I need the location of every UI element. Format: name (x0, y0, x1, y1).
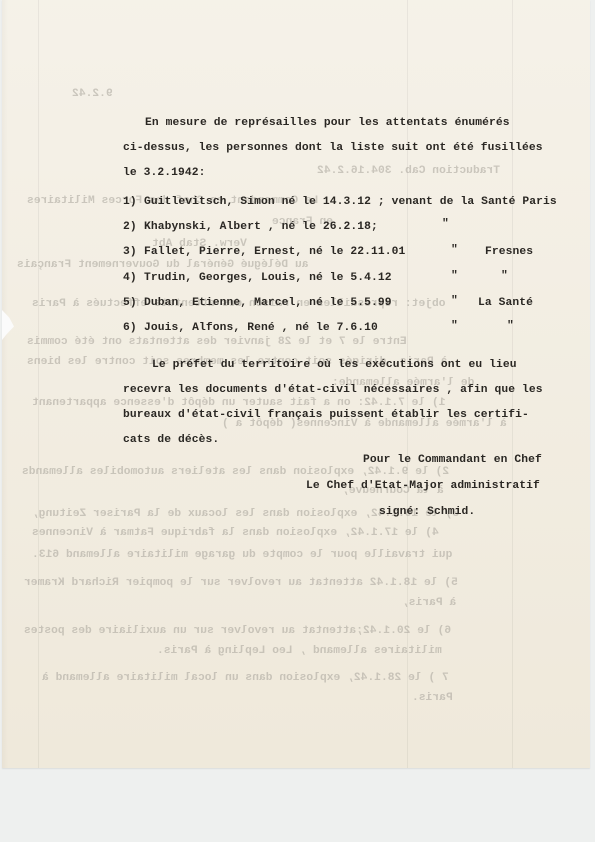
paragraph-line-3: bureaux d'état-civil français puissent é… (123, 409, 529, 421)
bleed-through-line: 7 ) le 28.1.42, explosion dans un local … (42, 672, 449, 684)
prison-name: Fresnes (485, 246, 533, 258)
bleed-through-line: Traduction Cab. 304.16.2.42 (317, 165, 500, 177)
item-text: Fallet, Pierre, Ernest, né le 22.11.01 (144, 246, 405, 258)
item-number: 2) (123, 221, 137, 233)
paragraph-line-2: recevra les documents d'état-civil néces… (123, 384, 543, 396)
item-text: Guitlevitsch, Simon né le 14.3.12 ; vena… (144, 196, 557, 208)
intro-line-3: le 3.2.1942: (123, 167, 206, 179)
item-number: 4) (123, 272, 137, 284)
ditto-mark: " (501, 270, 508, 282)
bleed-through-date: 9.2.42 (72, 88, 113, 100)
item-text: Khabynski, Albert , né le 26.2.18; (144, 221, 378, 233)
intro-line-1: En mesure de représailles pour les atten… (145, 117, 510, 129)
ditto-mark: " (451, 295, 458, 307)
bleed-through-line: 4) le 17.1.42, explosion dans la fabriqu… (32, 527, 439, 539)
bleed-through-line: qui travaille pour le compte du garage m… (32, 549, 452, 561)
signature-line-2: Le Chef d'Etat-Major administratif (306, 480, 540, 492)
signature-line-1: Pour le Commandant en Chef (363, 454, 542, 466)
bleed-through-line: 1) le 7.1.42: on a fait sauter un dépôt … (32, 397, 446, 409)
paragraph-line-1: Le préfet du territoire où les exécution… (152, 359, 517, 371)
prison-name: La Santé (478, 297, 533, 309)
ditto-mark: " (451, 270, 458, 282)
bleed-through-line: au Délégué Général du Gouvernement Franç… (17, 259, 309, 271)
item-number: 6) (123, 322, 137, 334)
bleed-through-line: Entre le 7 et le 28 janvier des attentat… (27, 336, 407, 348)
signature-line-3: signé: Schmid. (379, 506, 475, 518)
bleed-through-line: 6) le 20.1.42;attentat au revolver sur u… (24, 625, 451, 637)
ditto-mark: " (442, 218, 449, 230)
paper-crease (38, 0, 39, 768)
bleed-through-line: 5) le 18.1.42 attentat au revolver sur l… (24, 577, 458, 589)
item-number: 3) (123, 246, 137, 258)
bleed-through-line: à Paris, (402, 597, 456, 609)
item-text: Jouis, Alfons, René , né le 7.6.10 (144, 322, 378, 334)
ditto-mark: " (451, 320, 458, 332)
document-page: 9.2.42 Traduction Cab. 304.16.2.42 Le Co… (2, 0, 590, 768)
paragraph-line-4: cats de décès. (123, 434, 219, 446)
item-text: Duban, Etienne, Marcel, né le 5.5.99 (144, 297, 392, 309)
item-text: Trudin, Georges, Louis, né le 5.4.12 (144, 272, 392, 284)
item-number: 1) (123, 196, 137, 208)
paper-tear (2, 310, 14, 340)
intro-line-2: ci-dessus, les personnes dont la liste s… (123, 142, 543, 154)
item-number: 5) (123, 297, 137, 309)
bleed-through-line: Paris. (412, 692, 453, 704)
ditto-mark: " (451, 244, 458, 256)
ditto-mark: " (507, 320, 514, 332)
bleed-through-line: 2) le 9.1.42, explosion dans les atelier… (22, 466, 449, 478)
bleed-through-line: militaires allemand , Leo Lepling à Pari… (157, 645, 442, 657)
